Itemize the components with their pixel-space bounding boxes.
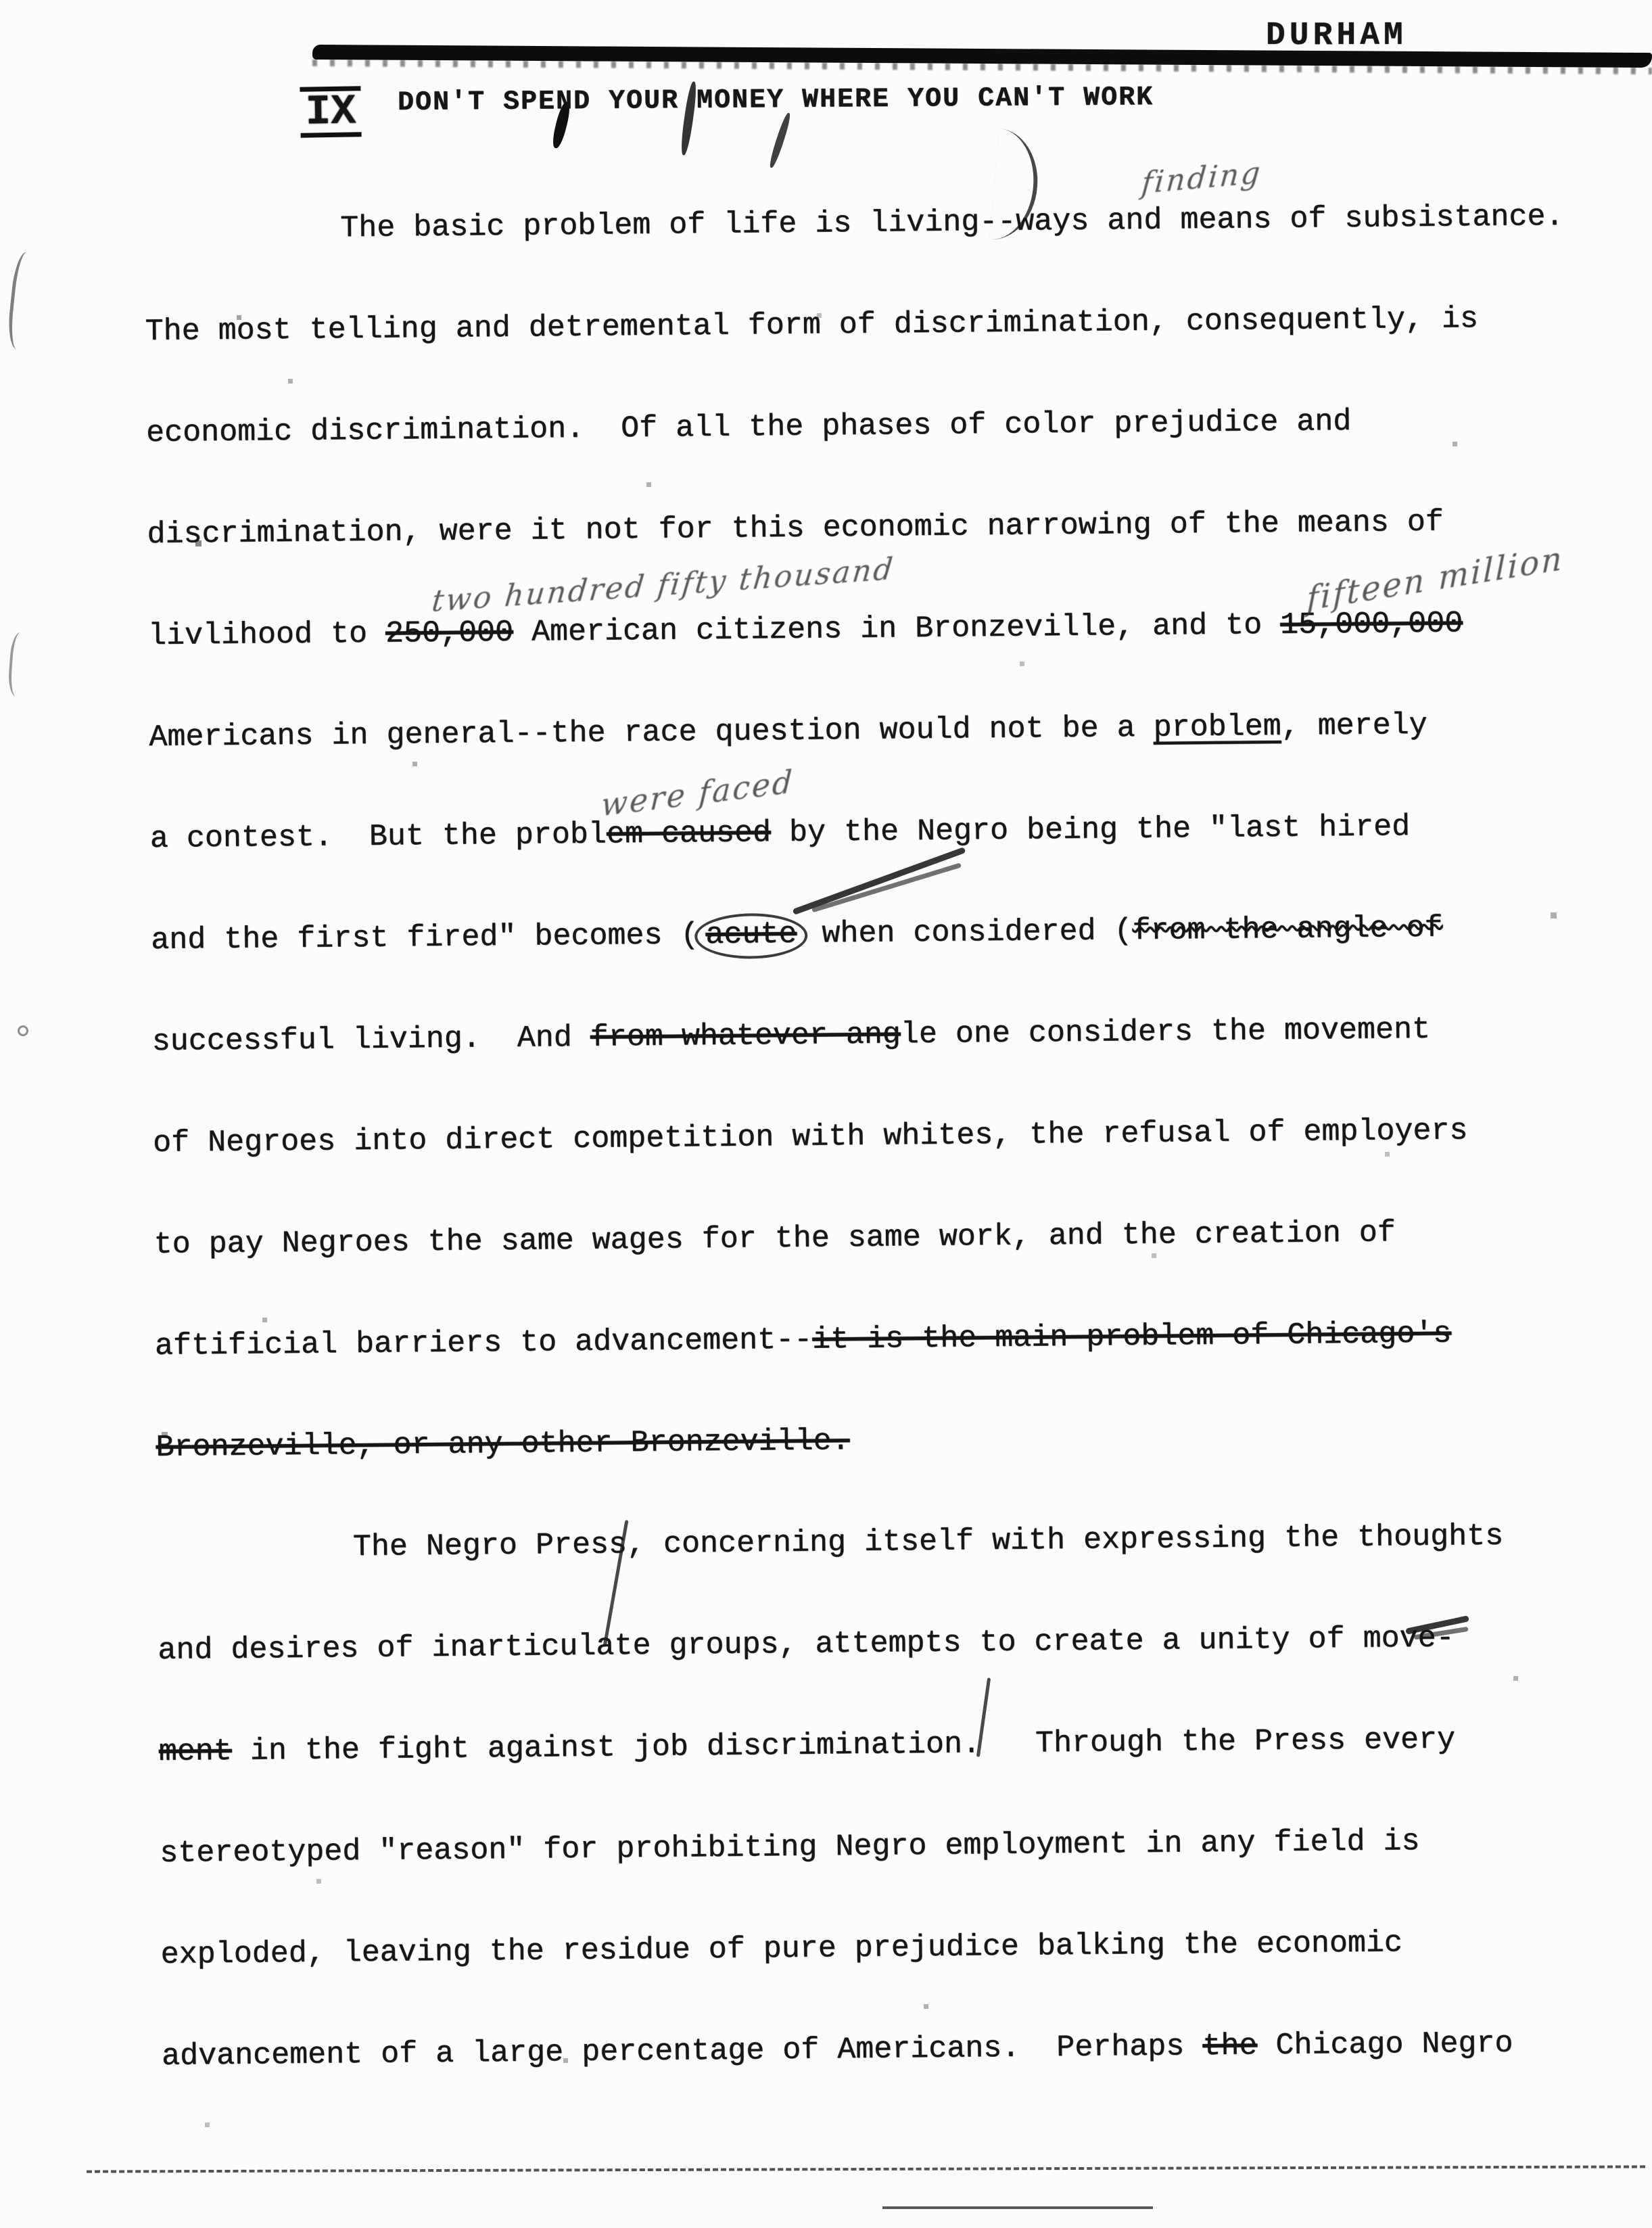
typed-text: probl <box>515 817 607 852</box>
typed-text: a contest. But the <box>150 818 516 856</box>
edited-text-st: it is the main problem of Chicago's <box>812 1317 1452 1357</box>
handwritten-annotation: finding <box>1140 156 1263 201</box>
typed-text: The basic problem of life is living--way… <box>340 200 1564 246</box>
typed-text: and the first fired" becomes ( <box>151 918 699 958</box>
typed-line: ment in the fight against job discrimina… <box>159 1723 1553 1838</box>
typed-line: a contest. But the problem caused by the… <box>150 810 1544 925</box>
typed-text: Chicago Negro <box>1257 2026 1513 2064</box>
typed-text: aftificial barriers to advancement-- <box>155 1323 813 1364</box>
edited-text-st: the <box>1202 2028 1258 2064</box>
edited-text-st: ment <box>159 1734 233 1769</box>
edited-text-st: em caused <box>607 816 772 852</box>
typed-line: advancement of a large percentage of Ame… <box>162 2028 1555 2143</box>
edited-text-circ: acute <box>694 913 808 960</box>
typed-text: livlihood to <box>148 617 386 653</box>
typed-line: The basic problem of life is living--way… <box>144 202 1538 317</box>
scan-noise-speckles <box>0 0 2 2</box>
typed-line: and desires of inarticulate groups, atte… <box>158 1622 1551 1737</box>
edited-text-u: problem <box>1153 710 1281 745</box>
typed-line: aftificial barriers to advancement--it i… <box>155 1318 1549 1433</box>
typed-line: The most telling and detremental form of… <box>145 303 1538 418</box>
typed-line: Americans in general--the race question … <box>149 709 1542 824</box>
edited-text-st: Bronzeville, or any other Bronzeville. <box>156 1424 850 1465</box>
scan-line-bottom <box>87 2165 1645 2173</box>
edited-text-st: from whatever ang <box>590 1017 901 1054</box>
typed-line: successful living. And from whatever ang… <box>152 1013 1546 1128</box>
typed-line: Bronzeville, or any other Bronzeville. <box>156 1419 1549 1534</box>
typed-line: livlihood to 250,000 American citizens i… <box>148 607 1542 722</box>
scan-line-bottom-short <box>882 2206 1153 2209</box>
typed-line: of Negroes into direct competition with … <box>153 1115 1547 1230</box>
page-title: DON'T SPEND YOUR MONEY WHERE YOU CAN'T W… <box>398 83 1154 118</box>
chapter-numeral: IX <box>300 86 362 137</box>
scan-ink-drip <box>768 112 793 168</box>
margin-pencil-mark <box>18 1025 28 1036</box>
typed-line: exploded, leaving the residue of pure pr… <box>160 1926 1554 2041</box>
scan-smudge-top-edge <box>312 45 1652 68</box>
typed-text: by the Negro being the "last hired <box>771 810 1411 850</box>
typed-text: when considered ( <box>803 914 1133 952</box>
typed-text: American citizens in Bronzeville, and to <box>513 608 1281 650</box>
margin-pencil-mark <box>6 251 39 351</box>
typed-text: le one considers the movement <box>901 1013 1431 1052</box>
edited-text-stw: from the angle of <box>1132 911 1443 948</box>
typed-text: , merely <box>1281 708 1427 744</box>
margin-pencil-mark <box>7 632 30 697</box>
page-header-author: DURHAM <box>1266 18 1407 54</box>
typed-line: to pay Negroes the same wages for the sa… <box>154 1216 1547 1331</box>
typed-line: economic discrimination. Of all the phas… <box>146 404 1540 519</box>
edited-text-st: 250,000 <box>385 616 514 651</box>
scanned-manuscript-page: DURHAM IX DON'T SPEND YOUR MONEY WHERE Y… <box>0 0 1652 2228</box>
typed-text: successful living. And <box>151 1021 590 1059</box>
typed-line: stereotyped "reason" for prohibiting Neg… <box>160 1825 1553 1940</box>
typed-line: The Negro Press, concerning itself with … <box>157 1521 1551 1635</box>
typed-text-body: The basic problem of life is living--way… <box>144 202 1555 2143</box>
typed-line: and the first fired" becomes (acute when… <box>151 912 1544 1027</box>
